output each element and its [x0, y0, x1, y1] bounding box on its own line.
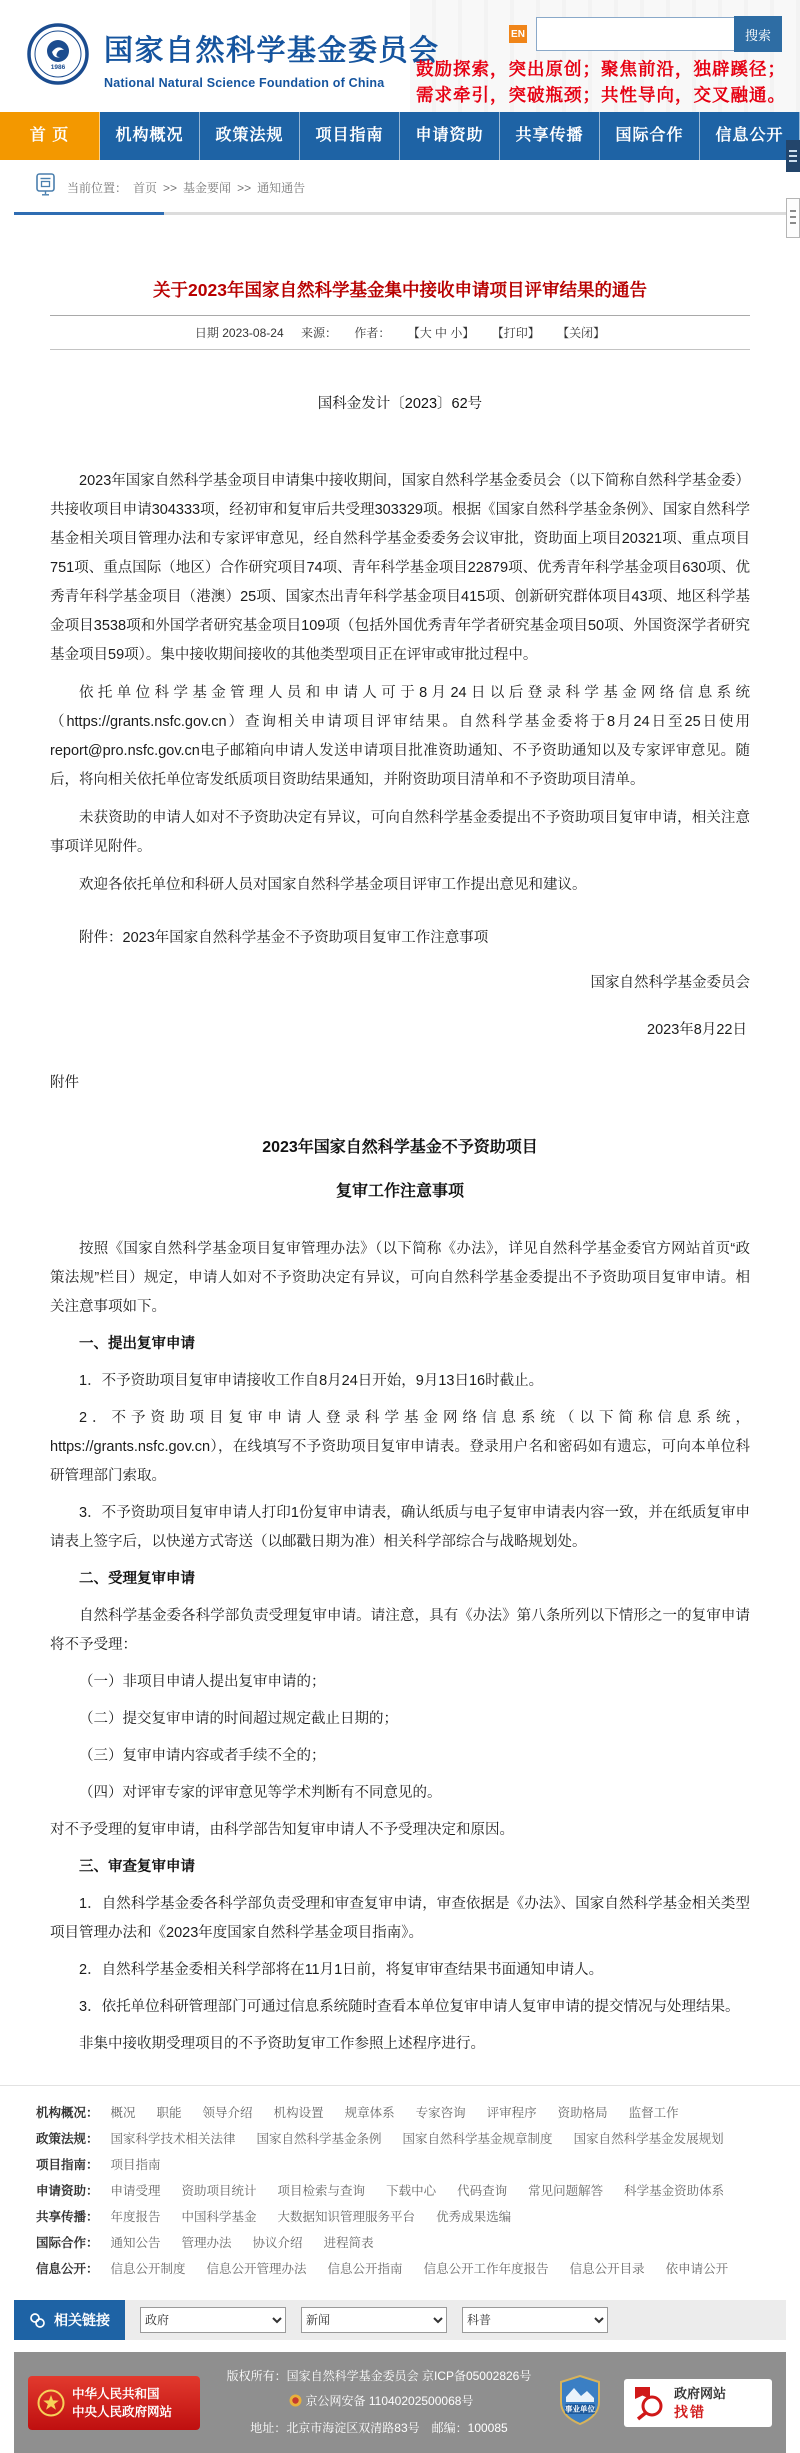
floating-toolbar-bottom[interactable] [786, 198, 800, 238]
annex-paragraph-10: （四）对评审专家的评审意见等学术判断有不同意见的。 [50, 1779, 750, 1808]
annex-paragraph-16: 非集中接收期受理项目的不予资助复审工作参照上述程序进行。 [50, 2030, 750, 2059]
body-paragraph-3: 欢迎各依托单位和科研人员对国家自然科学基金项目评审工作提出意见和建议。 [50, 871, 750, 900]
attachment-link[interactable]: 附件：2023年国家自然科学基金不予资助项目复审工作注意事项 [50, 924, 750, 953]
annex-heading-12: 三、审查复审申请 [50, 1853, 750, 1882]
font-size-control[interactable]: 【大 中 小】 [408, 326, 475, 340]
public-institution-badge[interactable]: 事业单位 [558, 2375, 602, 2430]
footer-row-3: 申请资助：申请受理资助项目统计项目检索与查询下载中心代码查询常见问题解答科学基金… [36, 2178, 780, 2204]
annex-paragraph-11: 对不予受理的复审申请，由科学部告知复审申请人不予受理决定和原因。 [50, 1816, 750, 1845]
footer-link-0-6[interactable]: 评审程序 [487, 2106, 537, 2120]
copyright-block: 版权所有：国家自然科学基金委员会 京ICP备05002826号京公网安备 110… [222, 2364, 536, 2441]
section-divider [14, 212, 786, 215]
slogan-line-2: 需求牵引，突破瓶颈；共性导向，交叉融通。 [416, 82, 786, 108]
footer-link-1-0[interactable]: 国家科学技术相关法律 [111, 2132, 236, 2146]
site-name-en: National Natural Science Foundation of C… [104, 76, 440, 90]
footer-row-label-1: 政策法规： [36, 2132, 99, 2146]
site-header: 1986 国家自然科学基金委员会 National Natural Scienc… [0, 0, 800, 112]
nav-item-2[interactable]: 政策法规 [200, 112, 300, 160]
annex-heading-1: 一、提出复审申请 [50, 1330, 750, 1359]
footer-link-5-2[interactable]: 协议介绍 [253, 2236, 303, 2250]
footer-link-3-1[interactable]: 资助项目统计 [182, 2184, 257, 2198]
footer-link-0-8[interactable]: 监督工作 [629, 2106, 679, 2120]
footer-row-label-0: 机构概况： [36, 2106, 99, 2120]
footer-row-1: 政策法规：国家科学技术相关法律国家自然科学基金条例国家自然科学基金规章制度国家自… [36, 2126, 780, 2152]
police-badge-icon [289, 2396, 302, 2410]
footer-link-6-5[interactable]: 依申请公开 [666, 2262, 729, 2276]
site-name-cn: 国家自然科学基金委员会 [104, 28, 440, 69]
footer-link-3-5[interactable]: 常见问题解答 [528, 2184, 603, 2198]
main-nav: 首 页机构概况政策法规项目指南申请资助共享传播国际合作信息公开 [0, 112, 800, 160]
related-selects: 政府新闻科普 [125, 2307, 608, 2333]
security-record-text[interactable]: 京公网安备 11040202500068号 [306, 2394, 474, 2408]
annex-title-line2: 复审工作注意事项 [50, 1178, 750, 1201]
en-language-button[interactable]: EN [509, 25, 527, 43]
breadcrumb-prefix: 当前位置： [67, 181, 127, 195]
footer-link-4-2[interactable]: 大数据知识管理服务平台 [278, 2210, 416, 2224]
nav-item-5[interactable]: 共享传播 [500, 112, 600, 160]
page: 1986 国家自然科学基金委员会 National Natural Scienc… [0, 0, 800, 2453]
footer-link-1-1[interactable]: 国家自然科学基金条例 [257, 2132, 382, 2146]
site-slogan: 鼓励探索，突出原创；聚焦前沿，独辟蹊径； 需求牵引，突破瓶颈；共性导向，交叉融通… [416, 56, 786, 108]
central-gov-badge[interactable]: 中华人民共和国 中央人民政府网站 [28, 2376, 200, 2430]
related-links-bar: 相关链接 政府新闻科普 [14, 2300, 786, 2340]
svg-text:1986: 1986 [51, 64, 66, 71]
slogan-line-1: 鼓励探索，突出原创；聚焦前沿，独辟蹊径； [416, 56, 786, 82]
footer-link-3-4[interactable]: 代码查询 [457, 2184, 507, 2198]
footer-bottom-bar: 中华人民共和国 中央人民政府网站 版权所有：国家自然科学基金委员会 京ICP备0… [14, 2352, 786, 2453]
footer-link-1-2[interactable]: 国家自然科学基金规章制度 [403, 2132, 553, 2146]
signature-date: 2023年8月22日 [50, 1018, 750, 1039]
breadcrumb-link-1[interactable]: 基金要闻 [183, 181, 231, 195]
breadcrumb: 当前位置：首页>>基金要闻>>通知通告 [36, 173, 800, 201]
footer-link-4-3[interactable]: 优秀成果选编 [436, 2210, 511, 2224]
title-divider [50, 315, 750, 316]
footer-link-1-3[interactable]: 国家自然科学基金发展规划 [574, 2132, 724, 2146]
annex-paragraph-9: （三）复审申请内容或者手续不全的； [50, 1742, 750, 1771]
footer-link-0-7[interactable]: 资助格局 [558, 2106, 608, 2120]
close-button[interactable]: 【关闭】 [557, 326, 605, 340]
notice-article: 关于2023年国家自然科学基金集中接收申请项目评审结果的通告 日期 2023-0… [50, 277, 750, 2059]
article-meta: 日期 2023-08-24 来源： 作者： 【大 中 小】 【打印】 【关闭】 [50, 324, 750, 341]
body-paragraph-0: 2023年国家自然科学基金项目申请集中接收期间，国家自然科学基金委员会（以下简称… [50, 467, 750, 670]
gov-badge-line1: 中华人民共和国 [72, 2385, 172, 2403]
related-select-1[interactable]: 新闻 [301, 2307, 447, 2333]
annex-paragraph-7: （一）非项目申请人提出复审申请的； [50, 1668, 750, 1697]
annex-label: 附件 [50, 1071, 750, 1092]
print-button[interactable]: 【打印】 [492, 326, 540, 340]
nav-item-4[interactable]: 申请资助 [400, 112, 500, 160]
footer-row-label-5: 国际合作： [36, 2236, 99, 2250]
page-title: 关于2023年国家自然科学基金集中接收申请项目评审结果的通告 [50, 277, 750, 302]
footer-link-0-2[interactable]: 领导介绍 [203, 2106, 253, 2120]
footer-link-4-0[interactable]: 年度报告 [111, 2210, 161, 2224]
footer-link-5-0[interactable]: 通知公告 [111, 2236, 161, 2250]
breadcrumb-separator: >> [237, 181, 251, 195]
shield-icon: 事业单位 [558, 2375, 602, 2425]
footer-row-label-6: 信息公开： [36, 2262, 99, 2276]
footer-link-0-5[interactable]: 专家咨询 [416, 2106, 466, 2120]
annex-paragraph-0: 按照《国家自然科学基金项目复审管理办法》（以下简称《办法》，详见自然科学基金委官… [50, 1235, 750, 1322]
nav-item-0[interactable]: 首 页 [0, 112, 100, 160]
footer-link-rows: 机构概况：概况职能领导介绍机构设置规章体系专家咨询评审程序资助格局监督工作政策法… [0, 2086, 800, 2290]
footer-link-0-1[interactable]: 职能 [157, 2106, 182, 2120]
nav-item-6[interactable]: 国际合作 [600, 112, 700, 160]
meta-date: 日期 2023-08-24 [195, 326, 284, 340]
footer-link-6-1[interactable]: 信息公开管理办法 [207, 2262, 307, 2276]
annex-paragraph-6: 自然科学基金委各科学部负责受理复审申请。请注意，具有《办法》第八条所列以下情形之… [50, 1602, 750, 1660]
national-emblem-icon [37, 2389, 65, 2417]
document-number: 国科金发计〔2023〕62号 [50, 392, 750, 413]
footer-link-6-2[interactable]: 信息公开指南 [328, 2262, 403, 2276]
footer-link-5-3[interactable]: 进程简表 [324, 2236, 374, 2250]
annex-paragraph-14: 2．自然科学基金委相关科学部将在11月1日前，将复审审查结果书面通知申请人。 [50, 1956, 750, 1985]
breadcrumb-link-0[interactable]: 首页 [133, 181, 157, 195]
magnifier-icon [632, 2385, 666, 2421]
seal-icon: 1986 [26, 22, 90, 86]
footer-link-6-0[interactable]: 信息公开制度 [111, 2262, 186, 2276]
breadcrumb-trail: 当前位置：首页>>基金要闻>>通知通告 [67, 179, 311, 196]
meta-author: 作者： [354, 326, 390, 340]
annex-paragraph-15: 3．依托单位科研管理部门可通过信息系统随时查看本单位复审申请人复审申请的提交情况… [50, 1993, 750, 2022]
error-badge-line1: 政府网站 [674, 2383, 726, 2402]
footer-link-6-4[interactable]: 信息公开目录 [570, 2262, 645, 2276]
article-body: 2023年国家自然科学基金项目申请集中接收期间，国家自然科学基金委员会（以下简称… [50, 467, 750, 953]
nsfc-seal-logo: 1986 [26, 22, 90, 91]
footer-row-label-3: 申请资助： [36, 2184, 99, 2198]
annex-heading-5: 二、受理复审申请 [50, 1565, 750, 1594]
nav-item-3[interactable]: 项目指南 [300, 112, 400, 160]
nav-item-1[interactable]: 机构概况 [100, 112, 200, 160]
footer-link-0-4[interactable]: 规章体系 [345, 2106, 395, 2120]
annex-paragraph-2: 1．不予资助项目复审申请接收工作自8月24日开始，9月13日16时截止。 [50, 1367, 750, 1396]
footer-row-6: 信息公开：信息公开制度信息公开管理办法信息公开指南信息公开工作年度报告信息公开目… [36, 2256, 780, 2282]
body-paragraph-1: 依托单位科学基金管理人员和申请人可于8月24日以后登录科学基金网络信息系统（ht… [50, 679, 750, 795]
annex-paragraph-8: （二）提交复审申请的时间超过规定截止日期的； [50, 1705, 750, 1734]
footer-link-6-3[interactable]: 信息公开工作年度报告 [424, 2262, 549, 2276]
annex-title-line1: 2023年国家自然科学基金不予资助项目 [50, 1134, 750, 1157]
footer-link-2-0[interactable]: 项目指南 [111, 2158, 161, 2172]
link-icon [29, 2312, 46, 2329]
site-title: 国家自然科学基金委员会 National Natural Science Fou… [104, 28, 440, 90]
footer-row-2: 项目指南：项目指南 [36, 2152, 780, 2178]
floating-toolbar-top[interactable] [786, 140, 800, 172]
footer-row-5: 国际合作：通知公告管理办法协议介绍进程简表 [36, 2230, 780, 2256]
footer-link-4-1[interactable]: 中国科学基金 [182, 2210, 257, 2224]
meta-source: 来源： [301, 326, 337, 340]
footer-link-3-0[interactable]: 申请受理 [111, 2184, 161, 2198]
footer-link-0-3[interactable]: 机构设置 [274, 2106, 324, 2120]
related-links-button[interactable]: 相关链接 [14, 2300, 125, 2340]
search-input[interactable] [536, 17, 734, 51]
signature-org: 国家自然科学基金委员会 [50, 971, 750, 992]
footer-row-label-2: 项目指南： [36, 2158, 99, 2172]
body-paragraph-2: 未获资助的申请人如对不予资助决定有异议，可向自然科学基金委提出不予资助项目复审申… [50, 804, 750, 862]
search-area: EN 搜索 [509, 16, 782, 52]
annex-paragraph-4: 3．不予资助项目复审申请人打印1份复审申请表，确认纸质与电子复审申请表内容一致，… [50, 1499, 750, 1557]
annex-paragraph-13: 1．自然科学基金委各科学部负责受理和审查复审申请，审查依据是《办法》、国家自然科… [50, 1890, 750, 1948]
error-badge-line2: 找错 [674, 2402, 726, 2422]
footer-row-label-4: 共享传播： [36, 2210, 99, 2224]
footer-link-3-6[interactable]: 科学基金资助体系 [624, 2184, 724, 2198]
footer-row-0: 机构概况：概况职能领导介绍机构设置规章体系专家咨询评审程序资助格局监督工作 [36, 2100, 780, 2126]
breadcrumb-separator: >> [163, 181, 177, 195]
meta-divider [50, 349, 750, 350]
annex-body: 按照《国家自然科学基金项目复审管理办法》（以下简称《办法》，详见自然科学基金委官… [50, 1235, 750, 2059]
gov-badge-line2: 中央人民政府网站 [72, 2403, 172, 2421]
related-select-0[interactable]: 政府 [140, 2307, 286, 2333]
footer-link-0-0[interactable]: 概况 [111, 2106, 136, 2120]
site-footer: 机构概况：概况职能领导介绍机构设置规章体系专家咨询评审程序资助格局监督工作政策法… [0, 2085, 800, 2453]
breadcrumb-link-2[interactable]: 通知通告 [257, 181, 305, 195]
nav-item-7[interactable]: 信息公开 [700, 112, 800, 160]
footer-row-4: 共享传播：年度报告中国科学基金大数据知识管理服务平台优秀成果选编 [36, 2204, 780, 2230]
address-text: 地址：北京市海淀区双清路83号 邮编：100085 [222, 2416, 536, 2441]
footer-link-5-1[interactable]: 管理办法 [182, 2236, 232, 2250]
svg-text:事业单位: 事业单位 [565, 2404, 595, 2414]
copyright-text: 版权所有：国家自然科学基金委员会 京ICP备05002826号 [227, 2369, 532, 2383]
footer-link-3-3[interactable]: 下载中心 [386, 2184, 436, 2198]
footer-link-3-2[interactable]: 项目检索与查询 [278, 2184, 366, 2198]
related-select-2[interactable]: 科普 [462, 2307, 608, 2333]
annex-paragraph-3: 2．不予资助项目复审申请人登录科学基金网络信息系统（以下简称信息系统，https… [50, 1404, 750, 1491]
gov-site-error-report-badge[interactable]: 政府网站 找错 [624, 2379, 772, 2427]
search-button[interactable]: 搜索 [734, 16, 782, 52]
document-icon [36, 173, 55, 201]
